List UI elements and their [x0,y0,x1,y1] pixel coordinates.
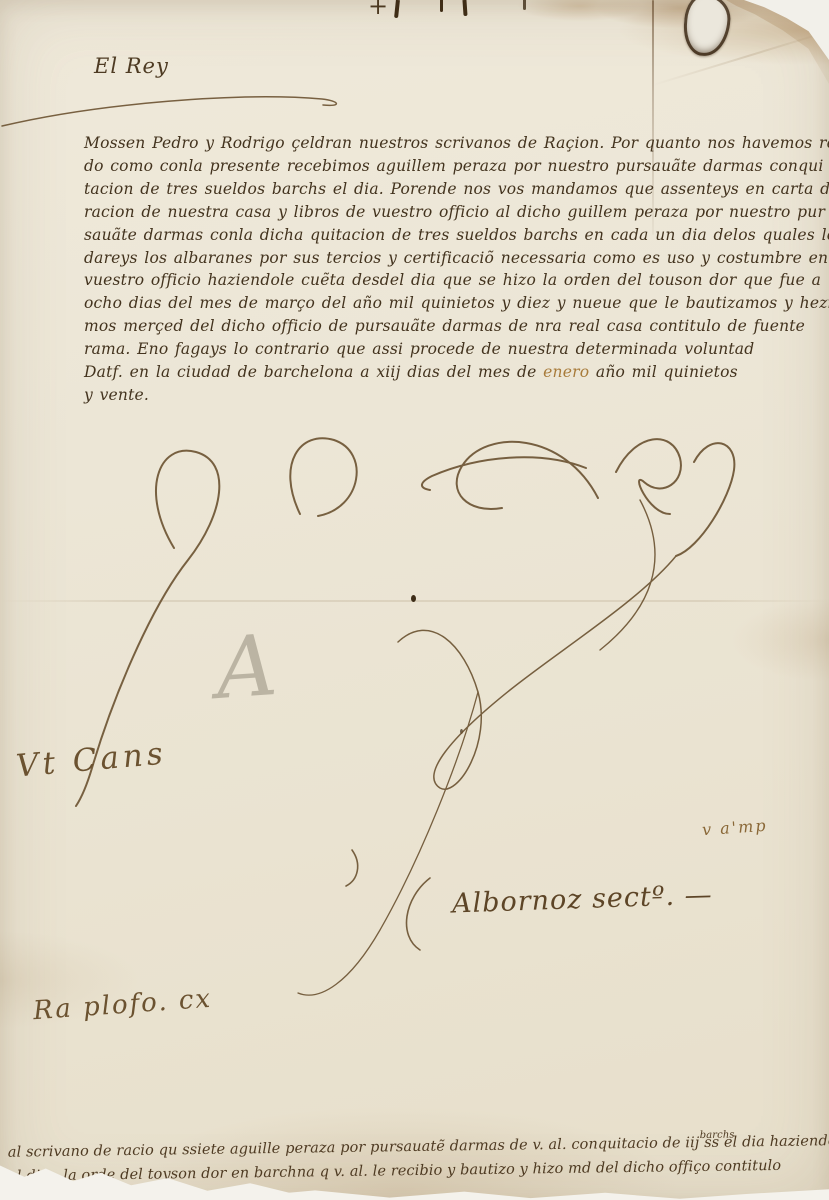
ink-fleck [460,729,463,734]
date-line-post: año mil quinietos [589,363,738,381]
date-line-pre: Datf. en la ciudad de barchelona a xiij … [84,363,543,381]
body-line: racion de nuestra casa y libros de vuest… [84,201,774,224]
ink-fleck [411,595,416,602]
date-line-month: enero [543,363,589,381]
letter-heading: El Rey [94,54,169,78]
closing-line: y vente. [84,384,774,407]
ink-fragment [523,0,526,10]
body-line: do como conla presente recebimos aguille… [84,155,774,178]
letter-body: Mossen Pedro y Rodrigo çeldran nuestros … [84,132,774,407]
ink-fragment [440,0,443,12]
body-line: sauãte darmas conla dicha quitacion de t… [84,224,774,247]
body-line: tacion de tres sueldos barchs el dia. Po… [84,178,774,201]
pencil-annotation: A [213,616,280,718]
body-line: Mossen Pedro y Rodrigo çeldran nuestros … [84,132,774,155]
body-line: ocho dias del mes de março del año mil q… [84,292,774,315]
body-line: vuestro officio haziendole cuẽta desdel … [84,269,774,292]
cross-mark-icon: + [368,0,388,20]
date-line: Datf. en la ciudad de barchelona a xiij … [84,361,774,384]
manuscript-page: + El Rey Mossen Pedro y Rodrigo çeldran … [0,0,829,1200]
body-line: mos merçed del dicho officio de pursauãt… [84,315,774,338]
body-line: dareys los albaranes por sus tercios y c… [84,247,774,270]
docket-superscript: barchs [700,1124,735,1148]
body-line: rama. Eno fagays lo contrario que assi p… [84,338,774,361]
